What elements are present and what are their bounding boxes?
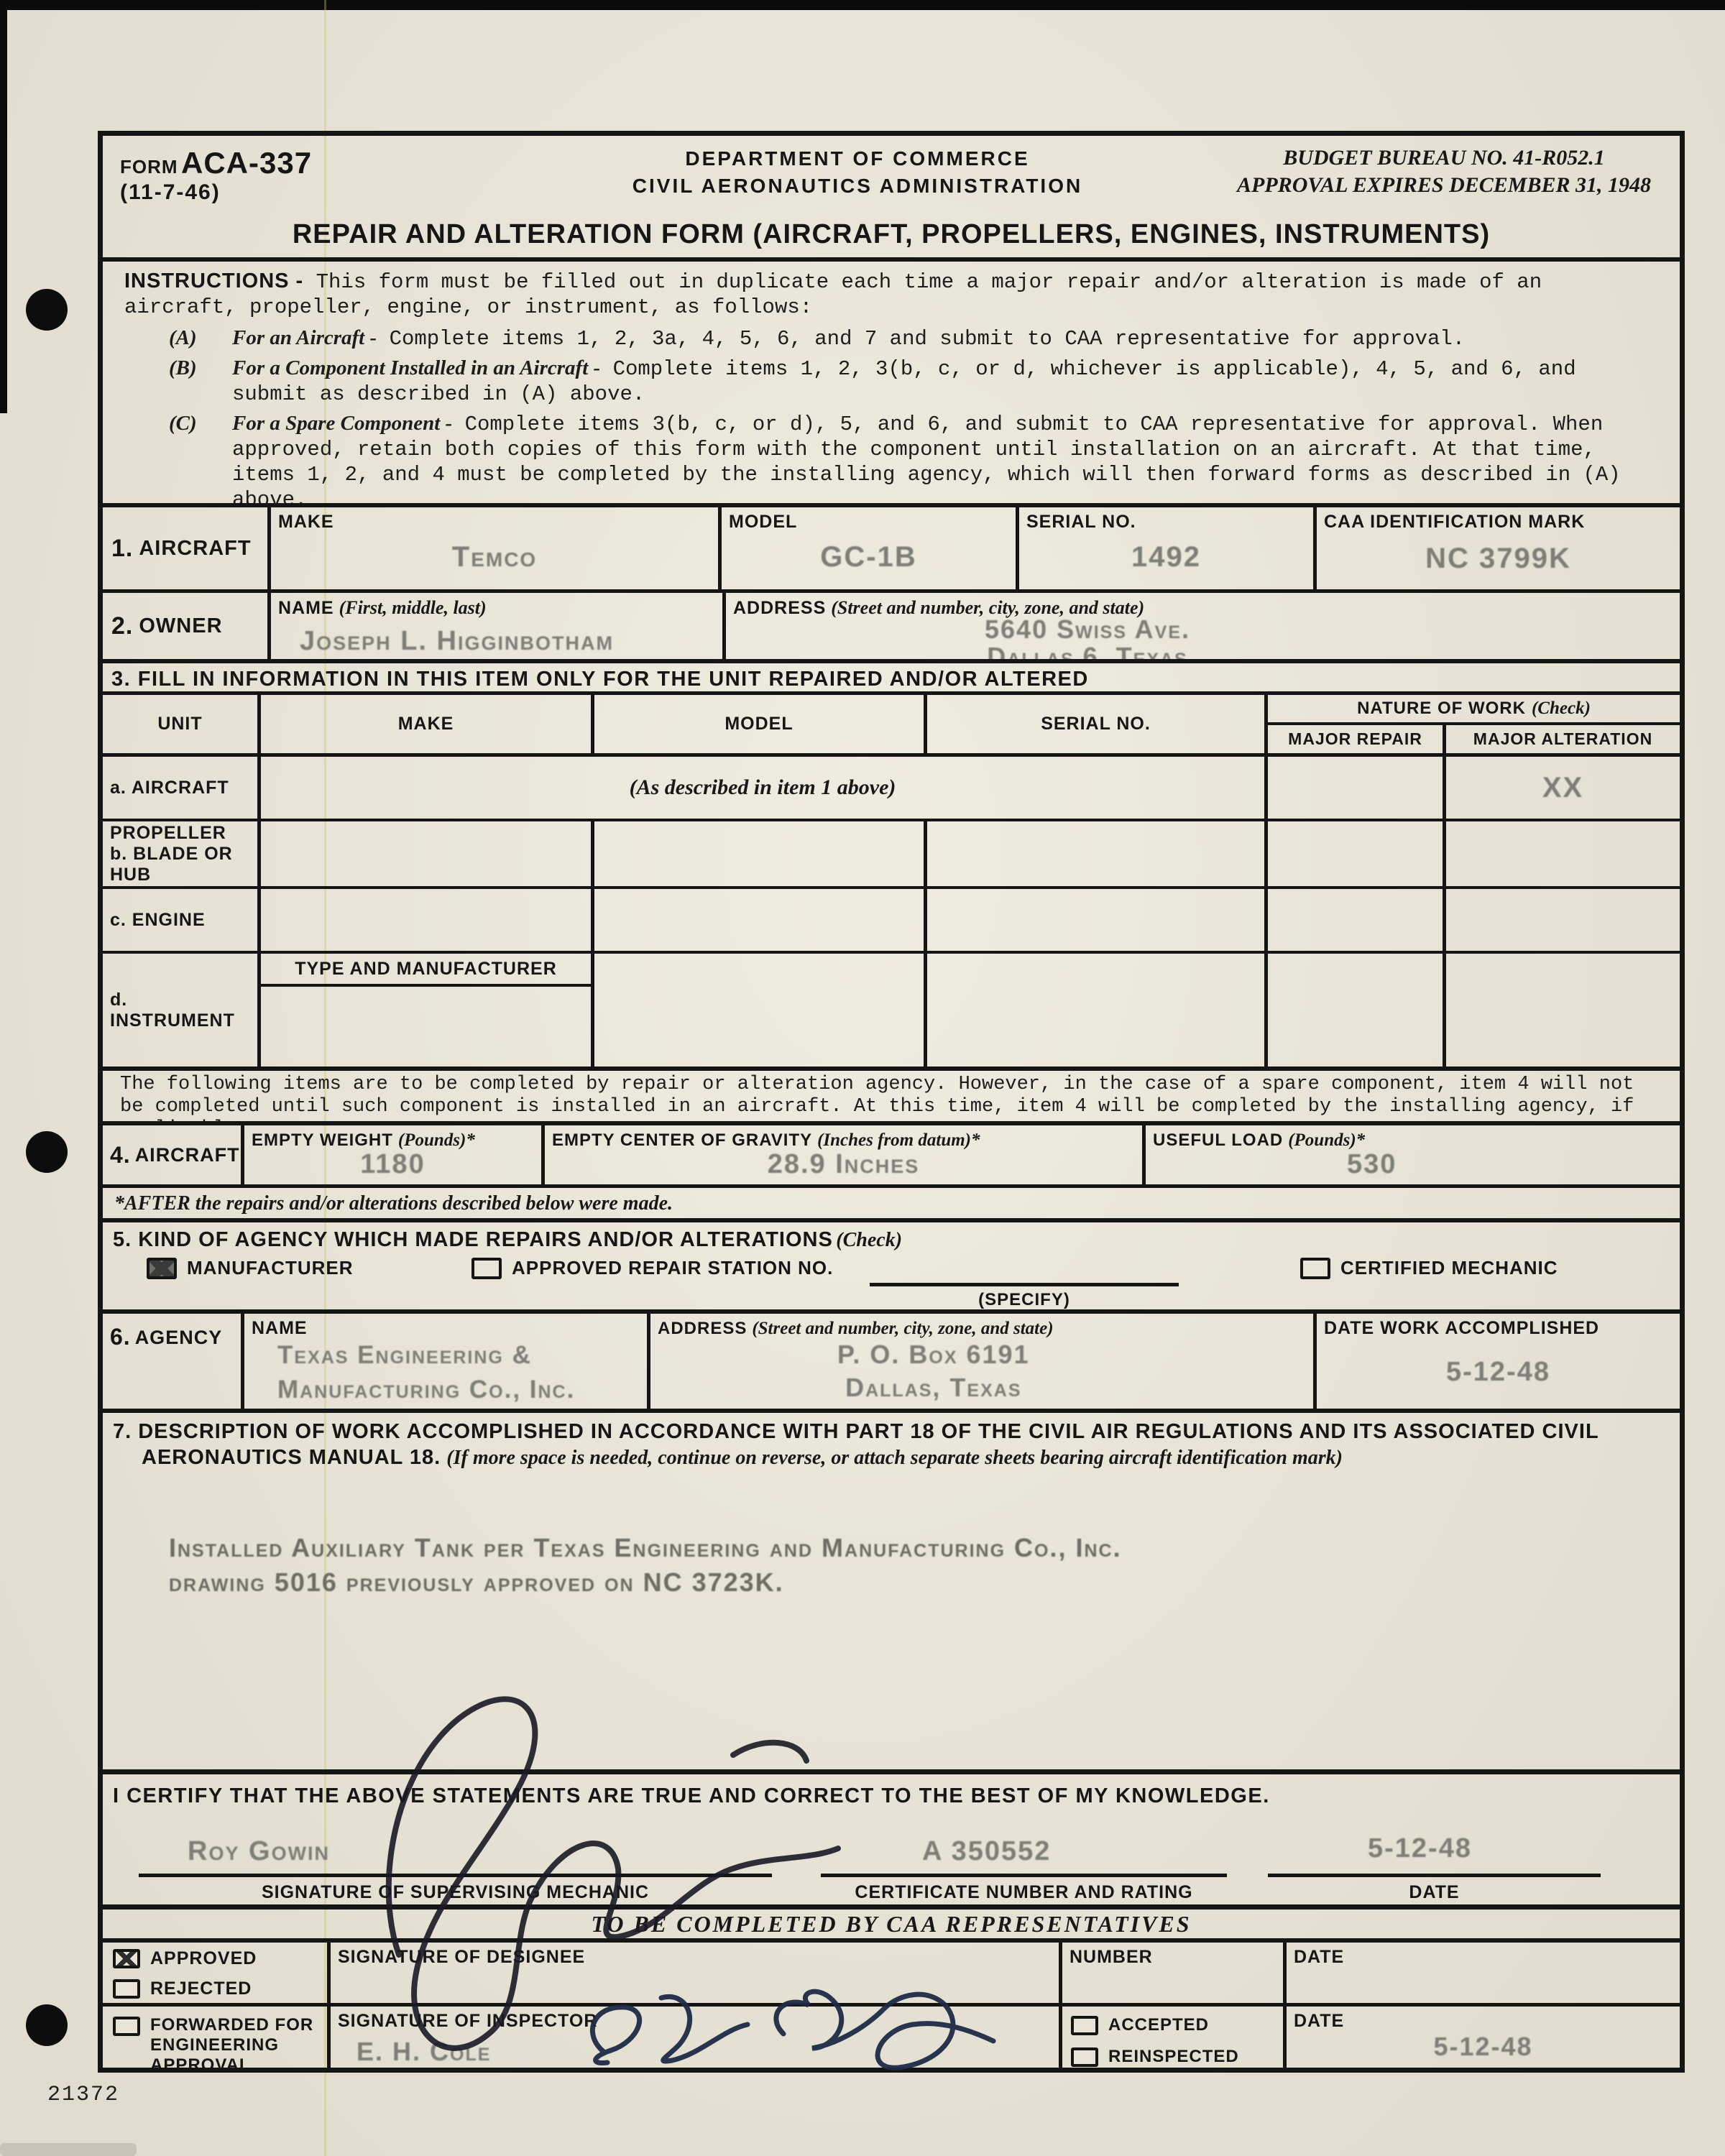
instruction-a-tag: (A) (169, 326, 197, 351)
row-a-label: a. AIRCRAFT (103, 757, 257, 819)
item7-section: 7. DESCRIPTION OF WORK ACCOMPLISHED IN A… (103, 1409, 1680, 1769)
form-title: REPAIR AND ALTERATION FORM (AIRCRAFT, PR… (103, 219, 1680, 250)
useful-load-value-field[interactable]: 530 (1146, 1125, 1680, 1184)
certification-section: I CERTIFY THAT THE ABOVE STATEMENTS ARE … (103, 1769, 1680, 1904)
row-aircraft: a. AIRCRAFT (As described in item 1 abov… (103, 757, 1680, 821)
item1-aircraft-row: 1. AIRCRAFT MAKE Temco MODEL GC-1B SERIA… (103, 503, 1680, 589)
instruction-c-tag: (C) (169, 411, 197, 436)
instruction-item-c: (C) For a Spare Component - Complete ite… (124, 411, 1662, 503)
section3-table-header: UNIT MAKE MODEL SERIAL NO. NATURE OF WOR… (103, 695, 1680, 757)
item6-label: AGENCY (135, 1327, 223, 1349)
row-d-label: d. INSTRUMENT (103, 954, 257, 1067)
scan-edge-top (0, 0, 1725, 10)
repair-station-specify-line[interactable] (870, 1283, 1179, 1286)
item2-number: 2. (111, 612, 133, 640)
certificate-number-line[interactable] (821, 1874, 1227, 1877)
approved-repair-station-checkbox[interactable] (471, 1258, 502, 1279)
item1-label: AIRCRAFT (139, 537, 251, 561)
instruction-c-title: For a Spare Component - (232, 412, 452, 435)
item4-aircraft-row: 4. AIRCRAFT EMPTY WEIGHT (Pounds)* 1180 … (103, 1121, 1680, 1184)
row-b-major-repair-cell[interactable] (1268, 821, 1446, 886)
caa-row-designee: APPROVED REJECTED SIGNATURE OF DESIGNEE … (103, 1943, 1680, 2007)
approval-expires: APPROVAL EXPIRES DECEMBER 31, 1948 (1237, 173, 1651, 198)
inspector-name-field[interactable]: E. H. Cole (356, 2037, 491, 2067)
footnote-row: *AFTER the repairs and/or alterations de… (103, 1184, 1680, 1218)
col-nature-qualifier: (Check) (1532, 699, 1591, 719)
col-make: MAKE (261, 695, 591, 753)
caa-id-mark-value-field[interactable]: NC 3799K (1317, 507, 1680, 589)
footnote-text: *AFTER the repairs and/or alterations de… (114, 1192, 673, 1215)
serial-no-value-field[interactable]: 1492 (1019, 507, 1313, 589)
row-a-note: (As described in item 1 above) (261, 757, 1264, 819)
row-b-model-cell[interactable] (594, 821, 927, 886)
instruction-a-text: Complete items 1, 2, 3a, 4, 5, 6, and 7 … (390, 327, 1466, 351)
certification-date-line[interactable] (1268, 1874, 1601, 1877)
owner-address-value-field[interactable]: 5640 Swiss Ave. Dallas 6, Texas (985, 616, 1190, 659)
instruction-b-tag: (B) (169, 356, 197, 381)
rejected-checkbox[interactable] (113, 1979, 140, 1999)
certification-date-field[interactable]: 5-12-48 (1368, 1833, 1472, 1864)
row-b-make-cell[interactable] (261, 821, 594, 886)
mechanic-signature-line[interactable] (139, 1874, 772, 1877)
punch-hole-bottom (26, 2004, 68, 2046)
punch-hole-top (26, 289, 68, 331)
approved-checkbox[interactable] (113, 1949, 140, 1968)
reinspected-checkbox[interactable] (1071, 2047, 1098, 2067)
item6-agency-row: 6. AGENCY NAME Texas Engineering & Manuf… (103, 1309, 1680, 1409)
agency-address-label: ADDRESS (658, 1319, 747, 1338)
section3-table: UNIT MAKE MODEL SERIAL NO. NATURE OF WOR… (103, 691, 1680, 1067)
scanned-form-page: FORM ACA-337 (11-7-46) DEPARTMENT OF COM… (0, 0, 1725, 2156)
caa-band-title: TO BE COMPLETED BY CAA REPRESENTATIVES (591, 1911, 1191, 1938)
instruction-a-title: For an Aircraft - (232, 326, 377, 349)
agency-address-value-field[interactable]: P. O. Box 6191 Dallas, Texas (837, 1338, 1030, 1404)
form-header: FORM ACA-337 (11-7-46) DEPARTMENT OF COM… (103, 136, 1680, 257)
item7-heading-qualifier: (If more space is needed, continue on re… (446, 1447, 1343, 1469)
item2-label: OWNER (139, 614, 222, 638)
reinspected-label: REINSPECTED (1108, 2047, 1239, 2067)
caa-row-inspector: FORWARDED FOR ENGINEERING APPROVAL SIGNA… (103, 2007, 1680, 2069)
accepted-label: ACCEPTED (1108, 2015, 1209, 2035)
col-unit: UNIT (103, 695, 257, 753)
specify-label: (SPECIFY) (870, 1290, 1179, 1309)
row-d-major-repair-cell[interactable] (1268, 954, 1446, 1067)
certificate-number-field[interactable]: A 350552 (922, 1836, 1051, 1867)
row-d-serial-cell[interactable] (927, 954, 1268, 1067)
row-b-serial-cell[interactable] (927, 821, 1268, 886)
row-c-label: c. ENGINE (103, 889, 257, 951)
owner-name-label: NAME (278, 598, 334, 618)
item4-note: The following items are to be completed … (103, 1067, 1680, 1121)
accepted-checkbox[interactable] (1071, 2016, 1098, 2035)
item2-owner-row: 2. OWNER NAME (First, middle, last) Jose… (103, 589, 1680, 659)
mechanic-name-stamp: Roy Gowin (188, 1836, 330, 1867)
certification-date-label: DATE (1268, 1882, 1601, 1903)
mechanic-signature-label: SIGNATURE OF SUPERVISING MECHANIC (139, 1882, 772, 1903)
rejected-label: REJECTED (150, 1978, 252, 1999)
item4-number: 4. (110, 1142, 131, 1169)
date-work-accomplished-value-field[interactable]: 5-12-48 (1317, 1314, 1680, 1409)
row-c-model-cell[interactable] (594, 889, 927, 951)
manufacturer-checkbox[interactable] (147, 1258, 177, 1279)
empty-cg-value-field[interactable]: 28.9 Inches (545, 1125, 1142, 1184)
form-number-label: FORM (120, 156, 178, 178)
row-d-sub-label: TYPE AND MANUFACTURER (295, 959, 557, 980)
row-c-make-cell[interactable] (261, 889, 594, 951)
instructions-section: INSTRUCTIONS - This form must be filled … (103, 257, 1680, 503)
certified-mechanic-checkbox[interactable] (1300, 1258, 1330, 1279)
col-major-repair: MAJOR REPAIR (1268, 725, 1443, 753)
form-serial-footer: 21372 (47, 2083, 119, 2107)
empty-weight-value-field[interactable]: 1180 (244, 1125, 541, 1184)
instruction-item-a: (A) For an Aircraft - Complete items 1, … (124, 326, 1662, 351)
designee-date-field[interactable] (1287, 1943, 1680, 2003)
certification-statement: I CERTIFY THAT THE ABOVE STATEMENTS ARE … (113, 1784, 1270, 1808)
row-propeller: PROPELLER b. BLADE OR HUB (103, 821, 1680, 889)
instructions-intro: This form must be filled out in duplicat… (124, 270, 1542, 319)
agency-address-qualifier: (Street and number, city, zone, and stat… (752, 1319, 1053, 1338)
manufacturer-label: MANUFACTURER (187, 1257, 354, 1279)
row-c-major-repair-cell[interactable] (1268, 889, 1446, 951)
instruction-b-title: For a Component Installed in an Aircraft… (232, 356, 600, 379)
designee-signature-field[interactable] (331, 1943, 1059, 2003)
approved-repair-station-label: APPROVED REPAIR STATION NO. (512, 1257, 833, 1279)
forwarded-label: FORWARDED FOR ENGINEERING APPROVAL (150, 2015, 313, 2069)
forwarded-checkbox[interactable] (113, 2017, 140, 2036)
budget-bureau-no: BUDGET BUREAU NO. 41-R052.1 (1237, 146, 1651, 170)
row-c-serial-cell[interactable] (927, 889, 1268, 951)
row-a-major-repair-cell[interactable] (1268, 757, 1446, 819)
instruction-item-b: (B) For a Component Installed in an Airc… (124, 356, 1662, 407)
row-a-major-alteration-value[interactable]: XX (1446, 757, 1680, 819)
certificate-number-label: CERTIFICATE NUMBER AND RATING (821, 1882, 1227, 1903)
item6-number: 6. (110, 1324, 131, 1350)
model-value-field[interactable]: GC-1B (722, 507, 1016, 589)
scan-edge-bottom (0, 2143, 137, 2156)
scan-edge-left (0, 0, 7, 413)
col-nature-of-work: NATURE OF WORK (1357, 699, 1526, 719)
certified-mechanic-label: CERTIFIED MECHANIC (1340, 1257, 1558, 1279)
row-d-major-alteration-cell[interactable] (1446, 954, 1680, 1067)
item4-label: AIRCRAFT (135, 1144, 240, 1166)
form-revision-date: (11-7-46) (120, 180, 312, 205)
row-c-major-alteration-cell[interactable] (1446, 889, 1680, 951)
col-model: MODEL (594, 695, 924, 753)
caa-band: TO BE COMPLETED BY CAA REPRESENTATIVES (103, 1904, 1680, 1938)
work-description-field[interactable]: Installed Auxiliary Tank per Texas Engin… (169, 1531, 1122, 1600)
department-line1: DEPARTMENT OF COMMERCE (606, 147, 1109, 170)
owner-name-value-field[interactable]: Joseph L. Higginbotham (300, 626, 614, 657)
row-instrument: d. INSTRUMENT TYPE AND MANUFACTURER (103, 954, 1680, 1067)
caa-table: APPROVED REJECTED SIGNATURE OF DESIGNEE … (103, 1938, 1680, 2069)
make-value-field[interactable]: Temco (271, 507, 718, 589)
owner-address-label: ADDRESS (733, 598, 826, 618)
col-serial-no: SERIAL NO. (927, 695, 1264, 753)
section3-heading-bar: 3. FILL IN INFORMATION IN THIS ITEM ONLY… (103, 659, 1680, 691)
row-b-major-alteration-cell[interactable] (1446, 821, 1680, 886)
form-border: FORM ACA-337 (11-7-46) DEPARTMENT OF COM… (98, 131, 1685, 2073)
row-d-model-cell[interactable] (594, 954, 927, 1067)
row-engine: c. ENGINE (103, 889, 1680, 954)
form-number: ACA-337 (181, 146, 312, 180)
item5-section: 5. KIND OF AGENCY WHICH MADE REPAIRS AND… (103, 1218, 1680, 1309)
owner-name-qualifier: (First, middle, last) (339, 597, 487, 618)
agency-name-label: NAME (252, 1318, 308, 1339)
col-major-alteration: MAJOR ALTERATION (1446, 725, 1680, 753)
punch-hole-middle (26, 1131, 68, 1173)
row-b-label: PROPELLER b. BLADE OR HUB (103, 821, 257, 886)
designee-number-field[interactable] (1062, 1943, 1283, 2003)
approved-label: APPROVED (150, 1948, 257, 1969)
item5-heading-qualifier: (Check) (836, 1229, 902, 1251)
inspector-signature-label: SIGNATURE OF INSPECTOR (338, 2011, 597, 2032)
item1-number: 1. (111, 535, 133, 563)
instructions-label: INSTRUCTIONS - (124, 269, 303, 292)
item5-heading: 5. KIND OF AGENCY WHICH MADE REPAIRS AND… (113, 1228, 833, 1251)
inspector-date-field[interactable]: 5-12-48 (1287, 2007, 1680, 2069)
section3-heading: 3. FILL IN INFORMATION IN THIS ITEM ONLY… (111, 668, 1089, 691)
department-line2: CIVIL AERONAUTICS ADMINISTRATION (606, 175, 1109, 198)
agency-name-value-field[interactable]: Texas Engineering & Manufacturing Co., I… (277, 1338, 575, 1407)
